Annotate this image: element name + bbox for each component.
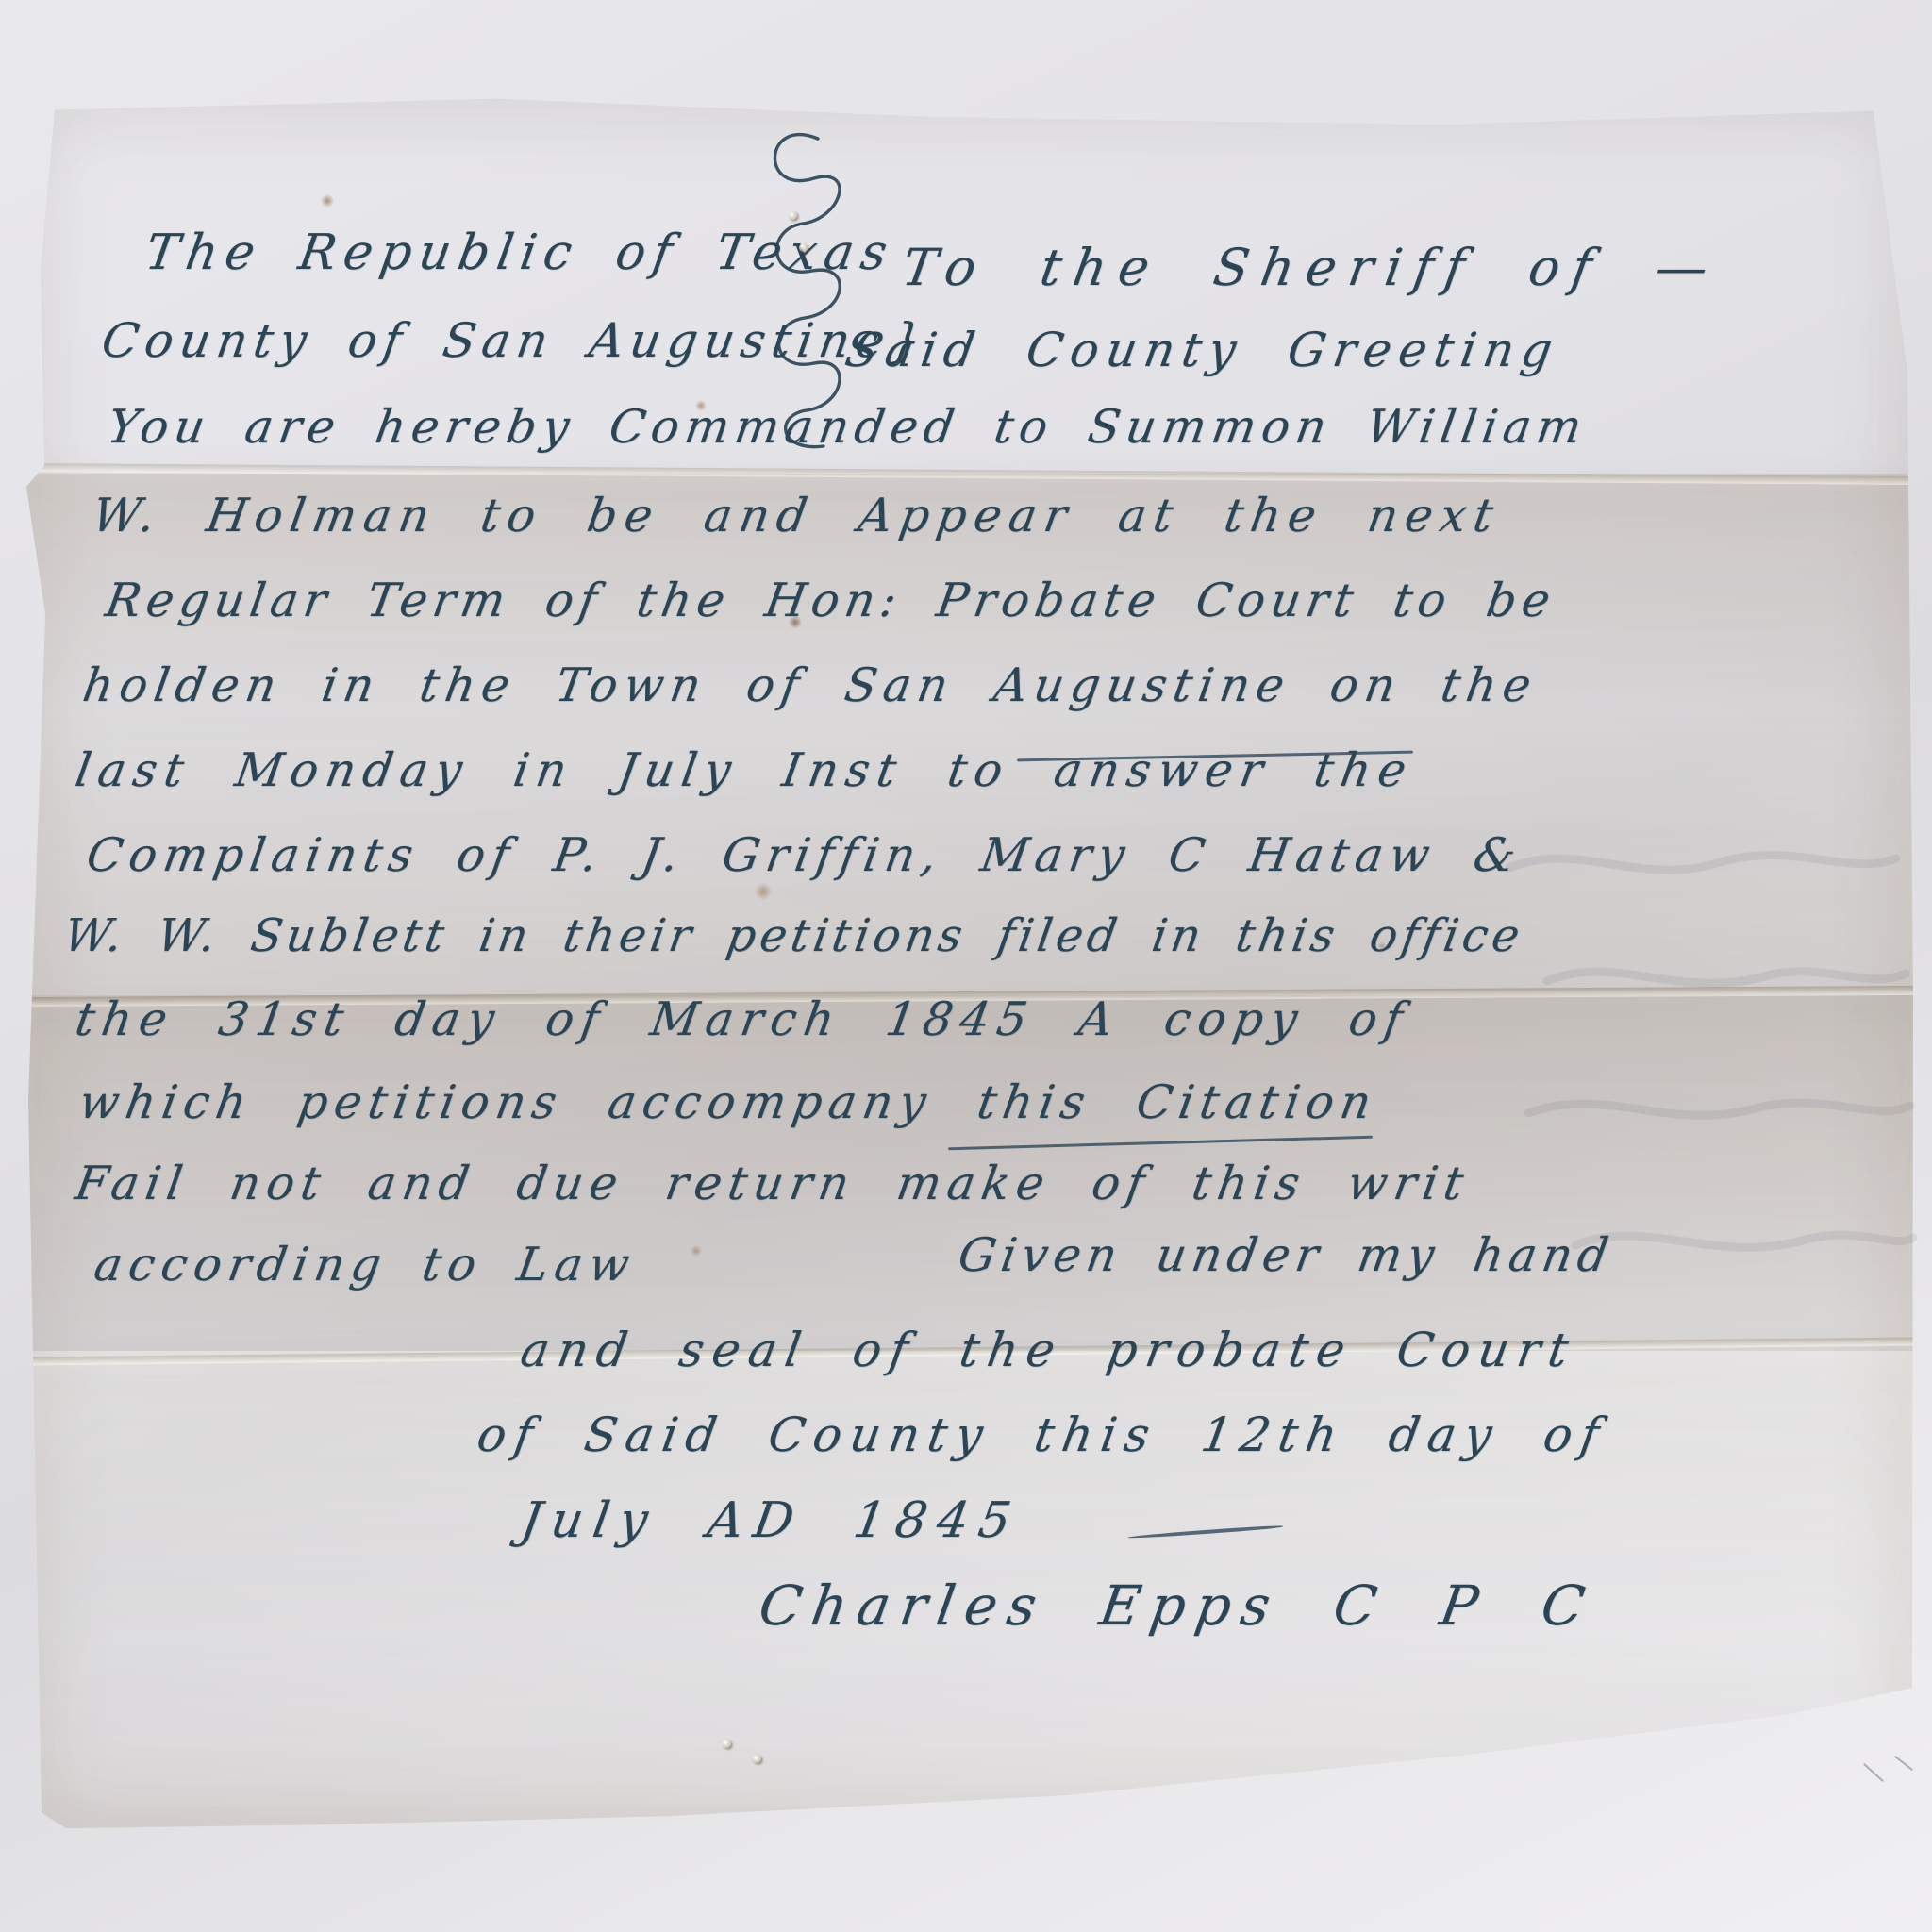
handwritten-line: the 31st day of March 1845 A copy of [72, 992, 1413, 1046]
pinhole [753, 1755, 761, 1763]
photograph-of-document: The Republic of Texas To the Sheriff of … [0, 0, 1932, 1932]
handwritten-line: Regular Term of the Hon: Probate Court t… [102, 574, 1559, 627]
pencil-scratch [1894, 1756, 1913, 1771]
pencil-scratch [1863, 1763, 1884, 1782]
handwritten-line: according to Law [91, 1238, 640, 1291]
handwritten-line: and seal of the probate Court [517, 1323, 1580, 1377]
handwritten-line: of Said County this 12th day of [474, 1407, 1611, 1462]
handwritten-line: Fail not and due return make of this wri… [72, 1157, 1474, 1210]
foxing-spot [789, 615, 802, 629]
handwritten-line: which petitions accompany this Citation [75, 1075, 1381, 1129]
handwritten-line: You are hereby Commanded to Summon Willi… [104, 400, 1591, 454]
foxing-spot [1377, 941, 1387, 951]
foxing-spot [691, 1245, 702, 1257]
foxing-spot [321, 194, 334, 208]
handwritten-line: Complaints of P. J. Griffin, Mary C Hata… [83, 828, 1526, 882]
handwritten-line: W. Holman to be and Appear at the next [89, 489, 1505, 542]
handwritten-line: Given under my hand [955, 1228, 1618, 1282]
handwritten-line: holden in the Town of San Augustine on t… [79, 658, 1541, 712]
handwritten-line: last Monday in July Inst to answer the [72, 743, 1418, 797]
pinhole [789, 211, 797, 220]
pinhole [723, 1740, 731, 1748]
signature-line: Charles Epps C P C [755, 1574, 1599, 1638]
foxing-spot [695, 400, 707, 411]
fold-crease-top [25, 463, 1915, 485]
handwritten-line: County of San Augustine} [98, 313, 932, 368]
pinhole [799, 243, 808, 252]
foxing-spot [755, 883, 772, 900]
handwritten-line: July AD 1845 [517, 1492, 1024, 1549]
handwritten-line: Said County Greeting [841, 323, 1563, 377]
handwritten-line: To the Sheriff of — [898, 238, 1724, 297]
handwritten-line: W. W. Sublett in their petitions filed i… [60, 909, 1527, 962]
handwritten-line: The Republic of Texas [142, 225, 898, 281]
